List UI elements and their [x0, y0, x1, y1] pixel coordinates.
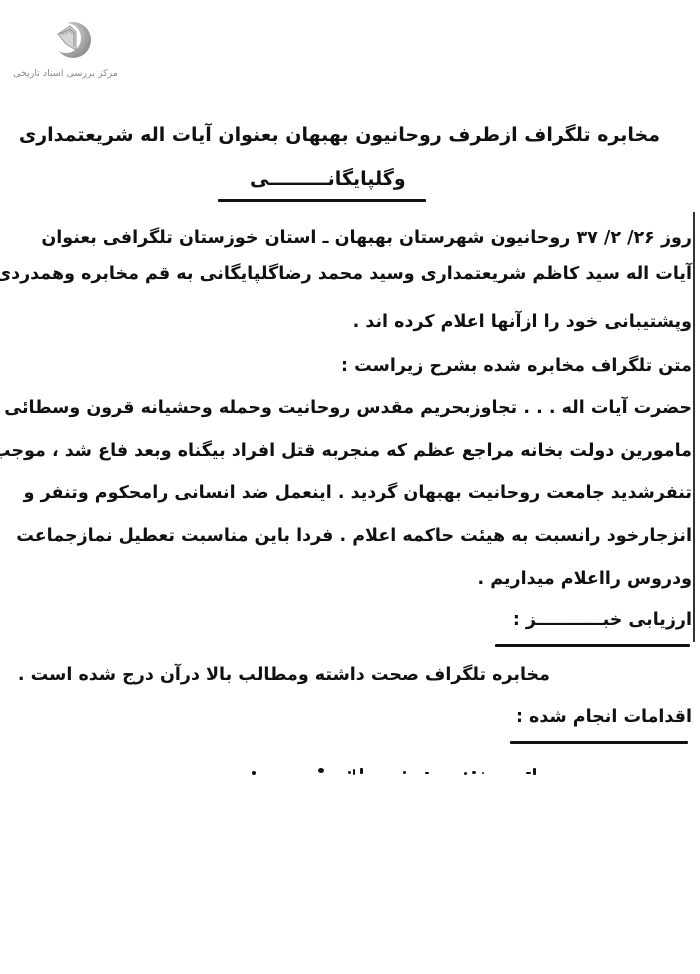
body-line-5: حضرت آیات اله . . . تجاوزبحریم مقدس روحا… [4, 395, 692, 421]
body-line-9: ودروس رااعلام میداریم . [478, 566, 692, 592]
body-line-2: آیات اله سید کاظم شریعتمداری وسید محمد ر… [0, 261, 692, 287]
body-line-4: متن تلگراف مخابره شده بشرح زیراست : [341, 353, 692, 379]
evaluation-text: مخابره تلگراف صحت داشته ومطالب بالا درآن… [18, 662, 550, 688]
evaluation-underline [495, 644, 690, 647]
body-line-7: تنفرشدید جامعت روحانیت بهبهان گردید . ای… [24, 480, 692, 506]
body-line-6: مامورین دولت بخانه مراجع عظم که منجربه ق… [0, 438, 692, 464]
actions-label: اقدامات انجام شده : [516, 704, 692, 730]
title-underline [218, 199, 426, 202]
cut-off-text-fragments [250, 768, 570, 782]
margin-rule [693, 212, 695, 642]
body-line-3: وپشتیبانی خود را ازآنها اعلام کرده اند . [353, 309, 692, 335]
evaluation-label: ارزیابی خبـــــــــــز : [513, 607, 692, 633]
document-page: مخابره تلگراف ازطرف روحانیون بهبهان بعنو… [0, 0, 700, 974]
document-title-line-1: مخابره تلگراف ازطرف روحانیون بهبهان بعنو… [19, 122, 660, 148]
document-title-line-2: وگلپایگانـــــــــی [250, 166, 406, 192]
body-line-8: انزجارخود رانسبت به هیئت حاکمه اعلام . ف… [16, 523, 692, 549]
actions-underline [510, 741, 688, 744]
body-line-1: روز ۲۶/ ۲/ ۳۷ روحانیون شهرستان بهبهان ـ … [41, 225, 692, 251]
